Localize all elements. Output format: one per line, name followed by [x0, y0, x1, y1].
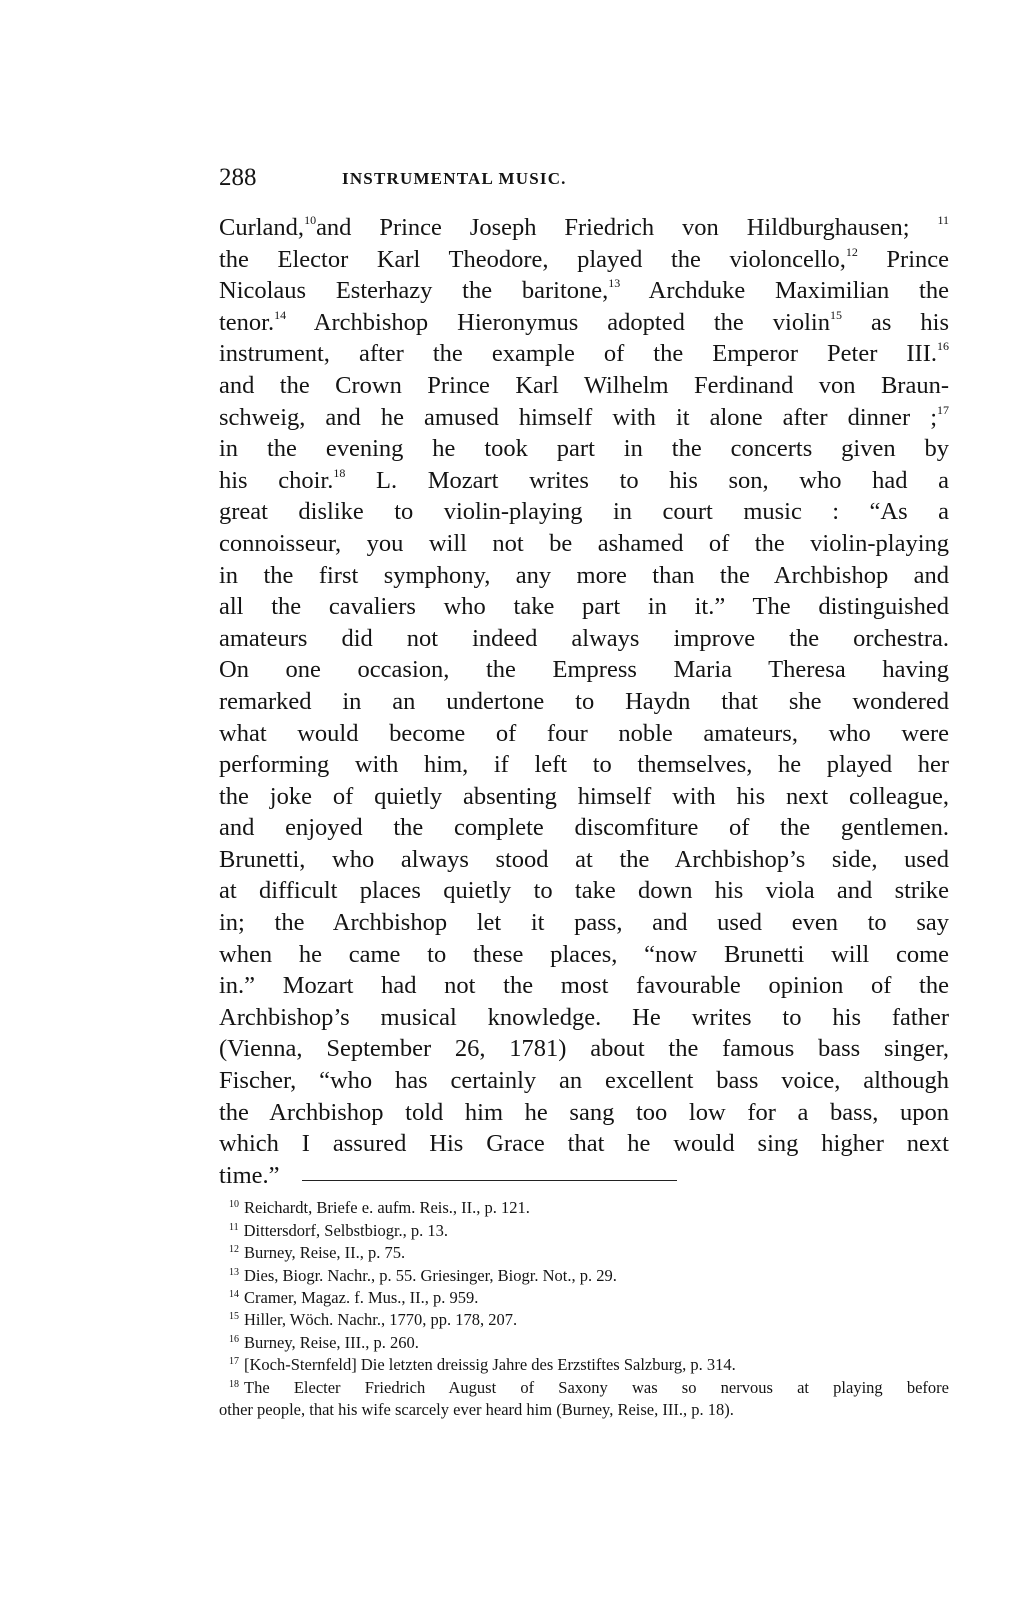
body-line: in the first symphony, any more than the… [219, 560, 949, 592]
body-line: time.” [219, 1160, 280, 1192]
page-number: 288 [219, 164, 257, 192]
footnote-number: 12 [229, 1244, 239, 1255]
body-line: Nicolaus Esterhazy the baritone,13 Archd… [219, 275, 949, 307]
body-line: remarked in an undertone to Haydn that s… [219, 686, 949, 718]
body-line: the Archbishop told him he sang too low … [219, 1097, 949, 1129]
running-head: 288 INSTRUMENTAL MUSIC. [219, 164, 949, 204]
footnote: 18The Electer Friedrich August of Saxony… [219, 1377, 949, 1399]
footnote-continuation: other people, that his wife scarcely eve… [219, 1399, 949, 1421]
body-line: great dislike to violin-playing in court… [219, 496, 949, 528]
footnote-text: Cramer, Magaz. f. Mus., II., p. 959. [244, 1288, 478, 1307]
footnote: 17[Koch-Sternfeld] Die letzten dreissig … [219, 1354, 949, 1376]
body-line: Fischer, “who has certainly an excellent… [219, 1065, 949, 1097]
running-title: INSTRUMENTAL MUSIC. [342, 169, 567, 189]
footnote-separator-rule [302, 1180, 677, 1181]
footnote-number: 17 [229, 1356, 239, 1367]
footnote-text: Hiller, Wöch. Nachr., 1770, pp. 178, 207… [244, 1310, 517, 1329]
body-line: Archbishop’s musical knowledge. He write… [219, 1002, 949, 1034]
body-line: schweig, and he amused himself with it a… [219, 402, 949, 434]
body-line: connoisseur, you will not be ashamed of … [219, 528, 949, 560]
footnotes: 10Reichardt, Briefe e. aufm. Reis., II.,… [219, 1197, 949, 1421]
footnote-reference[interactable]: 12 [846, 245, 858, 259]
body-line: his choir.18 L. Mozart writes to his son… [219, 465, 949, 497]
footnote-text: Dies, Biogr. Nachr., p. 55. Griesinger, … [244, 1266, 617, 1285]
footnote-reference[interactable]: 10 [304, 213, 316, 227]
footnote-number: 13 [229, 1267, 239, 1278]
body-line: in; the Archbishop let it pass, and used… [219, 907, 949, 939]
footnote: 11Dittersdorf, Selbstbiogr., p. 13. [219, 1220, 949, 1242]
footnote: 13Dies, Biogr. Nachr., p. 55. Griesinger… [219, 1265, 949, 1287]
footnote-text: Burney, Reise, III., p. 260. [244, 1333, 419, 1352]
body-line: and the Crown Prince Karl Wilhelm Ferdin… [219, 370, 949, 402]
footnote-reference[interactable]: 15 [830, 308, 842, 322]
body-line: at difficult places quietly to take down… [219, 875, 949, 907]
body-line: all the cavaliers who take part in it.” … [219, 591, 949, 623]
footnote-number: 14 [229, 1289, 239, 1300]
footnote-text: Reichardt, Briefe e. aufm. Reis., II., p… [244, 1198, 530, 1217]
footnote-text: Burney, Reise, II., p. 75. [244, 1243, 405, 1262]
body-line: in the evening he took part in the conce… [219, 433, 949, 465]
footnote-text: [Koch-Sternfeld] Die letzten dreissig Ja… [244, 1355, 736, 1374]
body-line: Curland,10and Prince Joseph Friedrich vo… [219, 212, 949, 244]
body-line: and enjoyed the complete discomfiture of… [219, 812, 949, 844]
body-line: performing with him, if left to themselv… [219, 749, 949, 781]
body-line: the joke of quietly absenting himself wi… [219, 781, 949, 813]
footnote-reference[interactable]: 13 [608, 276, 620, 290]
footnote-number: 10 [229, 1199, 239, 1210]
footnote: 16Burney, Reise, III., p. 260. [219, 1332, 949, 1354]
body-line: which I assured His Grace that he would … [219, 1128, 949, 1160]
body-line: On one occasion, the Empress Maria There… [219, 654, 949, 686]
body-line: Brunetti, who always stood at the Archbi… [219, 844, 949, 876]
footnote-number: 11 [229, 1222, 239, 1233]
body-last-line-row: time.” [219, 1160, 949, 1192]
footnote: 14Cramer, Magaz. f. Mus., II., p. 959. [219, 1287, 949, 1309]
footnote-reference[interactable]: 11 [937, 213, 949, 227]
footnote: 12Burney, Reise, II., p. 75. [219, 1242, 949, 1264]
footnote-number: 15 [229, 1311, 239, 1322]
body-line: what would become of four noble amateurs… [219, 718, 949, 750]
body-line: instrument, after the example of the Emp… [219, 338, 949, 370]
footnote-text: The Electer Friedrich August of Saxony w… [244, 1378, 949, 1397]
footnote-number: 16 [229, 1334, 239, 1345]
body-line: in.” Mozart had not the most favourable … [219, 970, 949, 1002]
footnote: 15Hiller, Wöch. Nachr., 1770, pp. 178, 2… [219, 1309, 949, 1331]
body-line: tenor.14 Archbishop Hieronymus adopted t… [219, 307, 949, 339]
body-line: when he came to these places, “now Brune… [219, 939, 949, 971]
footnote-number: 18 [229, 1379, 239, 1390]
footnote-reference[interactable]: 18 [333, 466, 345, 480]
footnote-reference[interactable]: 16 [937, 339, 949, 353]
footnote: 10Reichardt, Briefe e. aufm. Reis., II.,… [219, 1197, 949, 1219]
body-line: the Elector Karl Theodore, played the vi… [219, 244, 949, 276]
body-line: amateurs did not indeed always improve t… [219, 623, 949, 655]
footnote-text: Dittersdorf, Selbstbiogr., p. 13. [244, 1221, 448, 1240]
footnote-reference[interactable]: 17 [937, 403, 949, 417]
body-line: (Vienna, September 26, 1781) about the f… [219, 1033, 949, 1065]
book-page: 288 INSTRUMENTAL MUSIC. Curland,10and Pr… [219, 164, 949, 1421]
body-text: Curland,10and Prince Joseph Friedrich vo… [219, 212, 949, 1160]
footnote-reference[interactable]: 14 [274, 308, 286, 322]
